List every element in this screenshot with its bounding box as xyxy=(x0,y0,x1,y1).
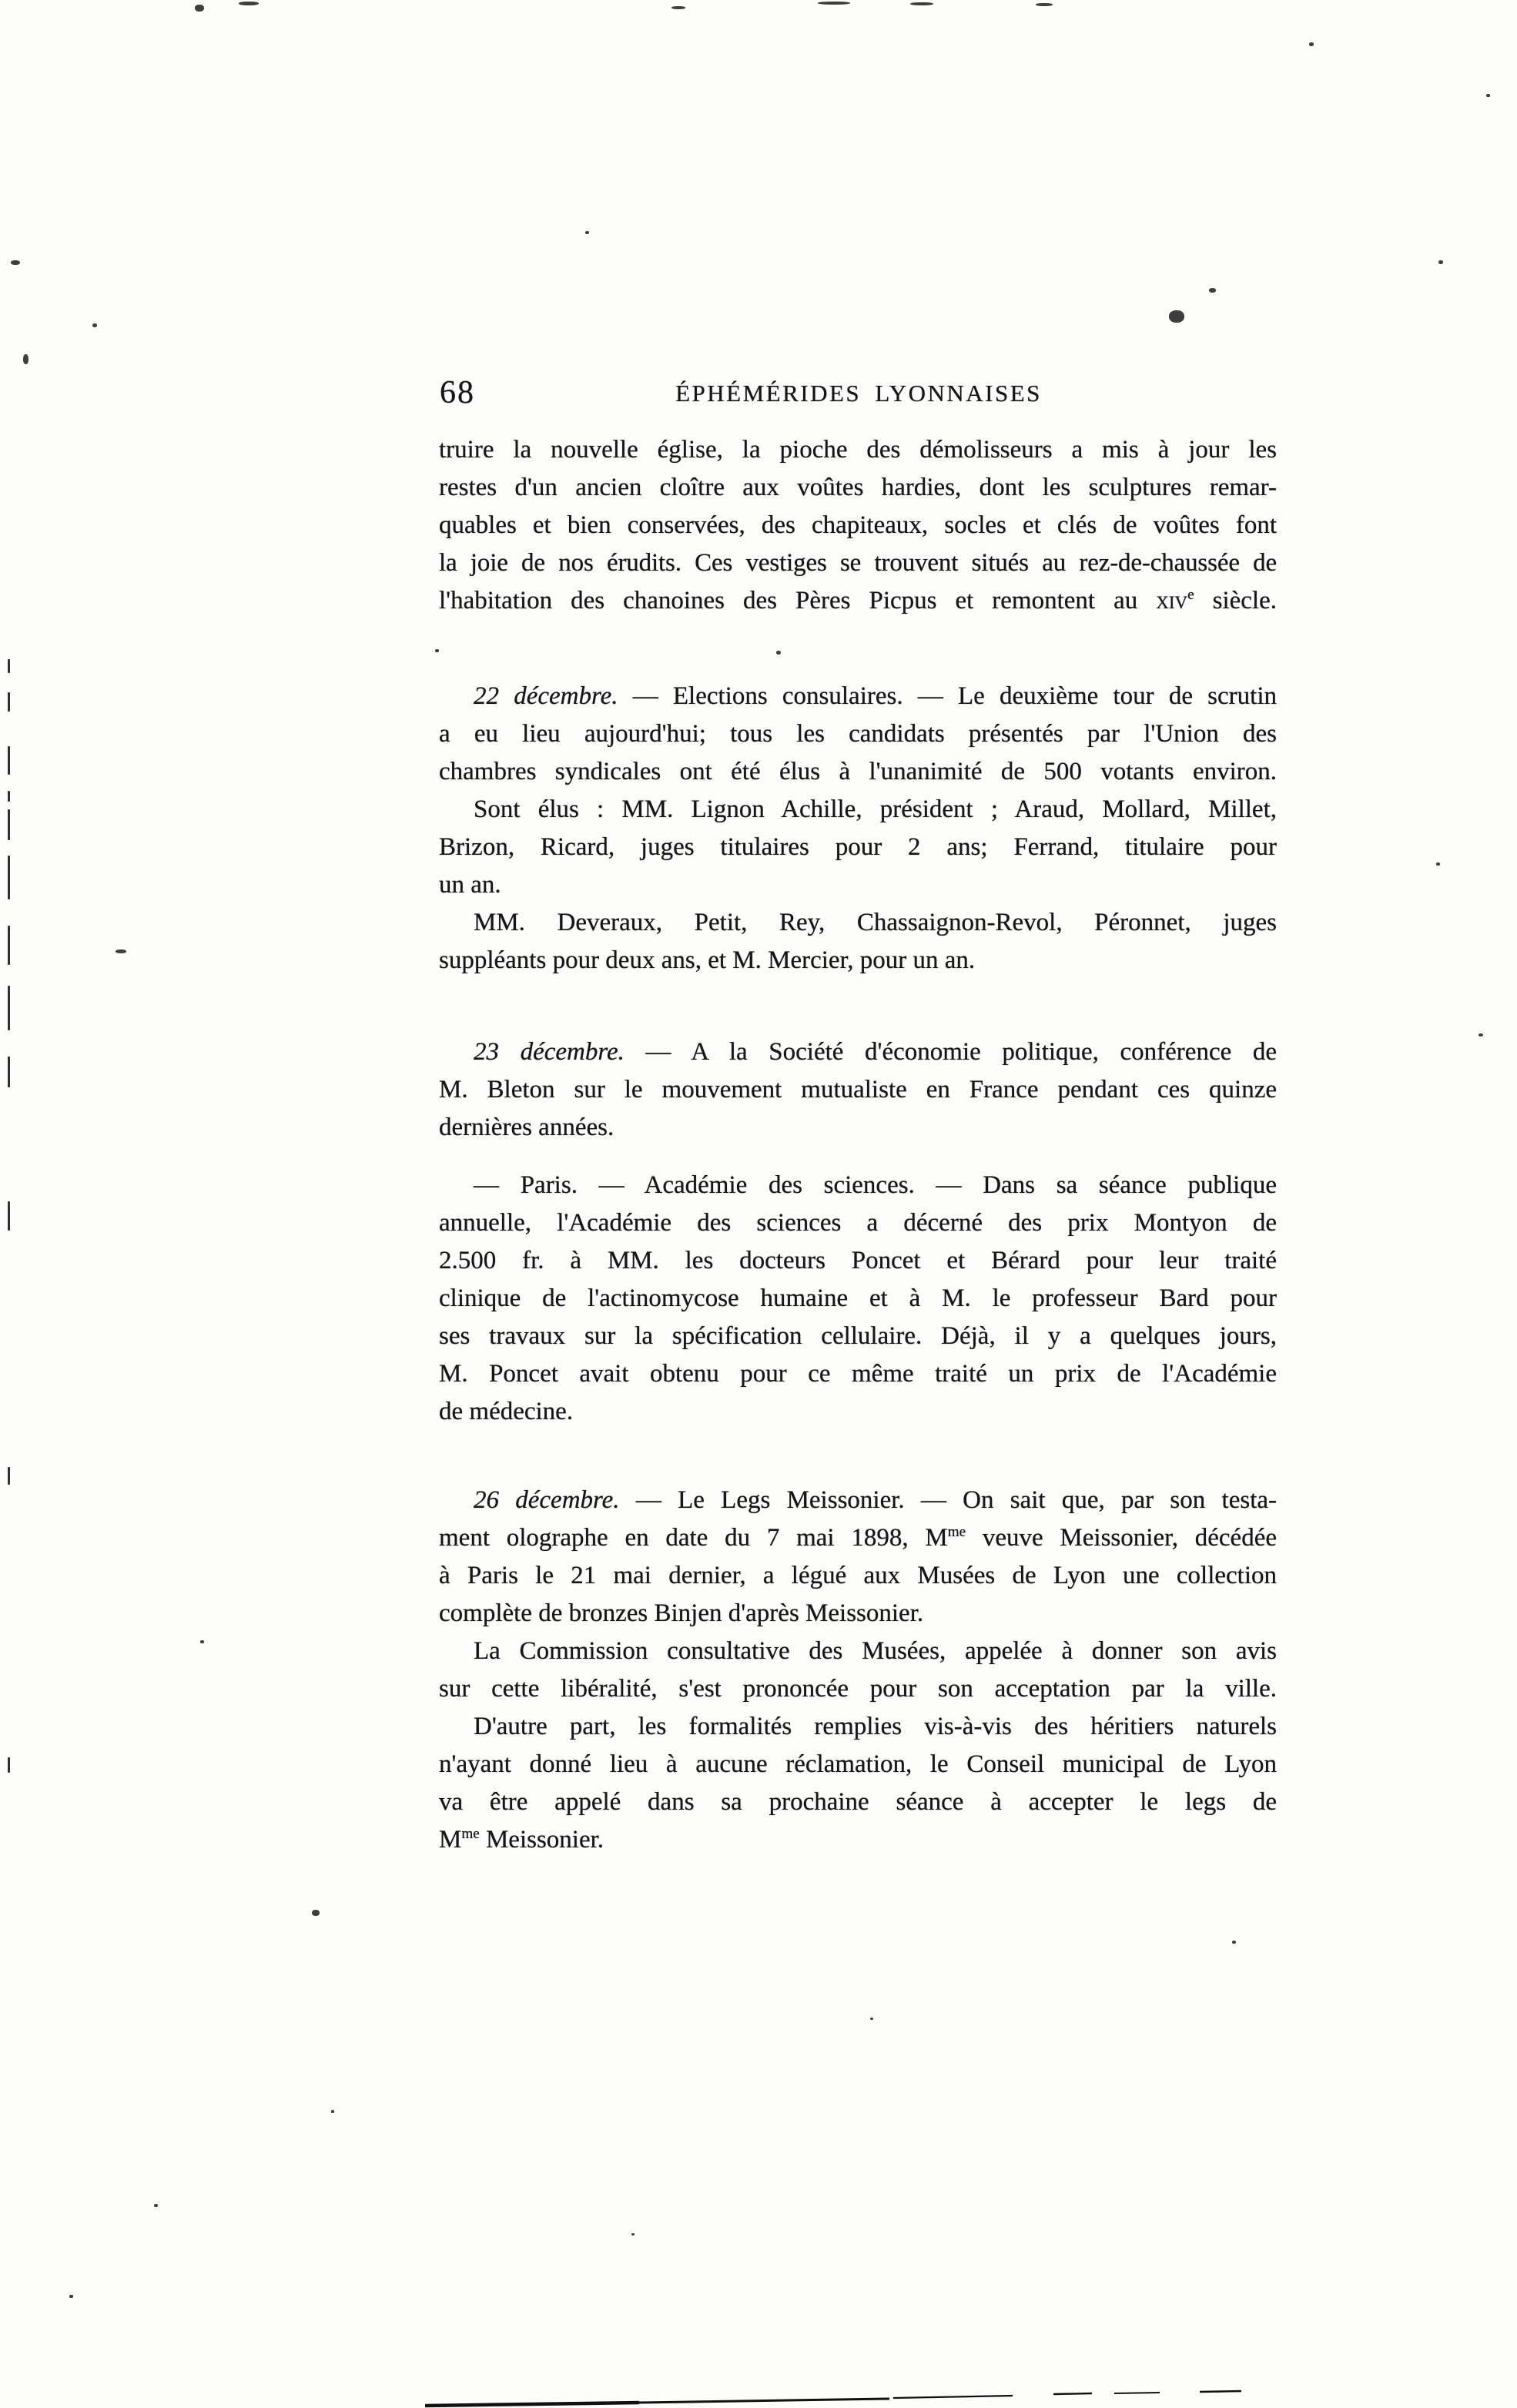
scan-speck xyxy=(1436,862,1440,866)
scan-speck xyxy=(11,260,20,265)
text-line: suppléants pour deux ans, et M. Mercier,… xyxy=(439,942,1277,980)
entry-26-decembre-legs-meissonier: 26 décembre. — Le Legs Meissonier. — On … xyxy=(439,1482,1277,1859)
text-line: Mme Meissonier. xyxy=(439,1821,1277,1859)
text-segment: ment olographe en date du 7 mai 1898, M xyxy=(439,1524,948,1552)
text-segment: 23 décembre. xyxy=(474,1038,625,1066)
text-line: truire la nouvelle église, la pioche des… xyxy=(439,431,1277,469)
text-line: ses travaux sur la spécification cellula… xyxy=(439,1318,1277,1355)
scan-speck xyxy=(1438,260,1443,264)
text-line: Brizon, Ricard, juges titulaires pour 2 … xyxy=(439,829,1277,866)
text-line: va être appelé dans sa prochaine séance … xyxy=(439,1783,1277,1821)
text-segment: chambres syndicales ont été élus à l'una… xyxy=(439,758,1277,785)
text-line: M. Poncet avait obtenu pour ce même trai… xyxy=(439,1355,1277,1393)
text-segment: a eu lieu aujourd'hui; tous les candidat… xyxy=(439,720,1277,748)
superscript-text: me xyxy=(461,1826,479,1842)
scan-speck xyxy=(331,2110,334,2113)
book-page-scan: 68 ÉPHÉMÉRIDES LYONNAISES truire la nouv… xyxy=(0,0,1517,2408)
text-segment: dernières années. xyxy=(439,1114,614,1141)
running-title: ÉPHÉMÉRIDES LYONNAISES xyxy=(439,380,1278,407)
scan-speck xyxy=(776,651,781,655)
text-line: complète de bronzes Binjen d'après Meiss… xyxy=(439,1595,1277,1633)
text-segment: — A la Société d'économie politique, con… xyxy=(625,1038,1277,1066)
text-segment: de médecine. xyxy=(439,1398,573,1425)
page-edge-line xyxy=(0,2380,1517,2408)
left-margin-scan-mark xyxy=(8,692,10,712)
text-segment: 26 décembre. xyxy=(474,1486,620,1514)
text-segment: MM. Deveraux, Petit, Rey, Chassaignon-Re… xyxy=(474,909,1277,936)
text-line: 23 décembre. — A la Société d'économie p… xyxy=(439,1033,1277,1071)
text-line: n'ayant donné lieu à aucune réclamation,… xyxy=(439,1746,1277,1783)
text-segment: truire la nouvelle église, la pioche des… xyxy=(439,436,1277,464)
text-segment: siècle. xyxy=(1194,587,1277,615)
text-segment: M. Bleton sur le mouvement mutualiste en… xyxy=(439,1076,1277,1104)
text-line: a eu lieu aujourd'hui; tous les candidat… xyxy=(439,715,1277,753)
text-line: 26 décembre. — Le Legs Meissonier. — On … xyxy=(439,1482,1277,1519)
left-margin-scan-mark xyxy=(8,1467,10,1485)
scan-speck xyxy=(870,2018,873,2020)
text-segment: M xyxy=(439,1826,461,1854)
left-margin-scan-mark xyxy=(8,791,10,802)
scan-speck xyxy=(92,323,97,327)
scan-speck xyxy=(1309,42,1314,46)
text-line: 2.500 fr. à MM. les docteurs Poncet et B… xyxy=(439,1242,1277,1280)
scan-speck xyxy=(1232,1941,1236,1944)
text-segment: M. Poncet avait obtenu pour ce même trai… xyxy=(439,1360,1277,1388)
scan-speck xyxy=(585,231,589,234)
scan-speck xyxy=(1169,310,1184,323)
scan-speck xyxy=(312,1910,320,1916)
text-segment: Sont élus : MM. Lignon Achille, présiden… xyxy=(474,795,1277,823)
text-line: Sont élus : MM. Lignon Achille, présiden… xyxy=(439,791,1277,829)
text-segment: complète de bronzes Binjen d'après Meiss… xyxy=(439,1599,923,1627)
text-line: clinique de l'actinomycose humaine et à … xyxy=(439,1280,1277,1318)
text-line: de médecine. xyxy=(439,1393,1277,1431)
scan-speck xyxy=(69,2295,73,2298)
left-margin-scan-mark xyxy=(8,986,10,1030)
text-segment: — Le Legs Meissonier. — On sait que, par… xyxy=(620,1486,1277,1514)
text-segment: annuelle, l'Académie des sciences a déce… xyxy=(439,1209,1277,1237)
text-segment: la joie de nos érudits. Ces vestiges se … xyxy=(439,549,1277,577)
text-line: sur cette libéralité, s'est prononcée po… xyxy=(439,1670,1277,1708)
text-segment: 22 décembre. xyxy=(474,682,618,710)
left-margin-scan-mark xyxy=(8,926,10,965)
scan-speck xyxy=(23,354,28,364)
scan-speck xyxy=(1478,1033,1483,1037)
left-margin-scan-mark xyxy=(8,1057,10,1087)
scan-speck xyxy=(1036,3,1053,6)
text-segment: va être appelé dans sa prochaine séance … xyxy=(439,1788,1277,1816)
text-segment: D'autre part, les formalités remplies vi… xyxy=(474,1713,1277,1740)
scan-speck xyxy=(671,6,685,9)
text-line: quables et bien conservées, des chapitea… xyxy=(439,507,1277,544)
left-margin-scan-mark xyxy=(8,1201,10,1231)
text-segment: à Paris le 21 mai dernier, a légué aux M… xyxy=(439,1562,1277,1589)
text-segment: sur cette libéralité, s'est prononcée po… xyxy=(439,1675,1277,1703)
scan-speck xyxy=(818,2,850,5)
superscript-text: me xyxy=(948,1524,966,1540)
text-segment: quables et bien conservées, des chapitea… xyxy=(439,511,1277,539)
scan-speck xyxy=(154,2204,158,2207)
left-margin-scan-mark xyxy=(8,659,10,673)
text-line: à Paris le 21 mai dernier, a légué aux M… xyxy=(439,1557,1277,1595)
scan-speck xyxy=(1209,288,1216,293)
text-segment: suppléants pour deux ans, et M. Mercier,… xyxy=(439,946,975,974)
scan-speck xyxy=(116,949,126,953)
text-line: La Commission consultative des Musées, a… xyxy=(439,1633,1277,1670)
scan-speck xyxy=(1486,94,1490,97)
scan-speck xyxy=(631,2233,635,2236)
entry-22-decembre-elections-consulaires: 22 décembre. — Elections consulaires. — … xyxy=(439,678,1277,980)
left-margin-scan-mark xyxy=(8,1757,10,1773)
text-line: — Paris. — Académie des sciences. — Dans… xyxy=(439,1167,1277,1204)
text-segment: un an. xyxy=(439,871,501,899)
paragraph-continuation-cloister: truire la nouvelle église, la pioche des… xyxy=(439,431,1277,620)
text-line: annuelle, l'Académie des sciences a déce… xyxy=(439,1204,1277,1242)
text-line: D'autre part, les formalités remplies vi… xyxy=(439,1708,1277,1746)
text-segment: restes d'un ancien cloître aux voûtes ha… xyxy=(439,474,1277,501)
left-margin-scan-mark xyxy=(8,809,10,840)
text-line: chambres syndicales ont été élus à l'una… xyxy=(439,753,1277,791)
scan-speck xyxy=(910,2,933,5)
text-line: 22 décembre. — Elections consulaires. — … xyxy=(439,678,1277,715)
left-margin-scan-mark xyxy=(8,856,10,899)
text-segment: clinique de l'actinomycose humaine et à … xyxy=(439,1284,1277,1312)
text-line: l'habitation des chanoines des Pères Pic… xyxy=(439,582,1277,620)
entry-paris-academie-des-sciences: — Paris. — Académie des sciences. — Dans… xyxy=(439,1167,1277,1431)
text-line: MM. Deveraux, Petit, Rey, Chassaignon-Re… xyxy=(439,904,1277,942)
text-segment: n'ayant donné lieu à aucune réclamation,… xyxy=(439,1750,1277,1778)
scan-speck xyxy=(239,2,259,5)
left-margin-scan-mark xyxy=(8,746,10,775)
text-segment: ses travaux sur la spécification cellula… xyxy=(439,1322,1277,1350)
text-segment: 2.500 fr. à MM. les docteurs Poncet et B… xyxy=(439,1247,1277,1274)
scan-speck xyxy=(435,649,439,652)
scan-speck xyxy=(200,1640,204,1643)
text-segment: — Paris. — Académie des sciences. — Dans… xyxy=(474,1171,1277,1199)
text-segment: Brizon, Ricard, juges titulaires pour 2 … xyxy=(439,833,1277,861)
text-line: ment olographe en date du 7 mai 1898, Mm… xyxy=(439,1519,1277,1557)
text-line: M. Bleton sur le mouvement mutualiste en… xyxy=(439,1071,1277,1109)
superscript-text: e xyxy=(1187,587,1194,603)
text-segment: l'habitation des chanoines des Pères Pic… xyxy=(439,587,1156,615)
text-segment: La Commission consultative des Musées, a… xyxy=(474,1637,1277,1665)
entry-23-decembre-societe-economie-politique: 23 décembre. — A la Société d'économie p… xyxy=(439,1033,1277,1147)
text-line: la joie de nos érudits. Ces vestiges se … xyxy=(439,544,1277,582)
text-segment: veuve Meissonier, décédée xyxy=(966,1524,1277,1552)
text-line: dernières années. xyxy=(439,1109,1277,1147)
scan-speck xyxy=(195,5,204,12)
text-segment: xiv xyxy=(1156,587,1187,615)
text-line: un an. xyxy=(439,866,1277,904)
text-segment: Meissonier. xyxy=(480,1826,604,1854)
text-segment: — Elections consulaires. — Le deuxième t… xyxy=(618,682,1278,710)
text-line: restes d'un ancien cloître aux voûtes ha… xyxy=(439,469,1277,507)
